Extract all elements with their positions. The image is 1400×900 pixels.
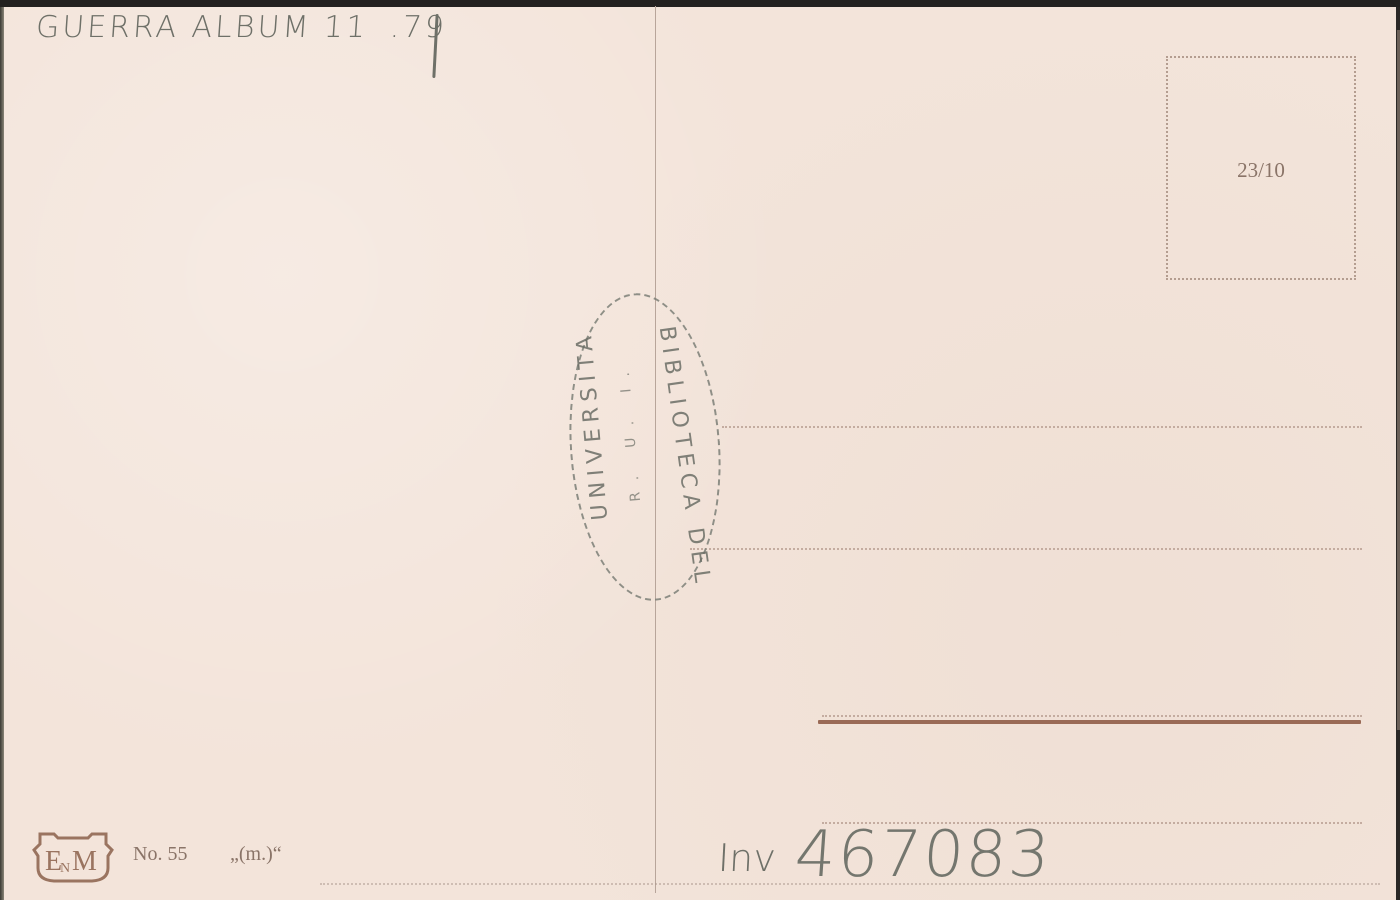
- publisher-code: „(m.)“: [230, 843, 282, 866]
- address-line-2: [690, 548, 1362, 550]
- stamp-box-label: 23/10: [1168, 158, 1354, 183]
- handwritten-album-note: GUERRA ALBUM 11.79: [35, 10, 448, 45]
- postage-stamp-box: 23/10: [1166, 56, 1356, 280]
- publisher-number: No. 55: [133, 843, 187, 866]
- publisher-logo-icon: E N M: [32, 828, 114, 884]
- scanner-top-edge: [0, 0, 1400, 7]
- bottom-faint-print-line: [320, 883, 1380, 885]
- album-note-text: GUERRA ALBUM 11: [35, 10, 370, 45]
- svg-text:M: M: [72, 846, 97, 877]
- address-line-3: [822, 715, 1362, 717]
- address-line-solid: [818, 720, 1361, 724]
- inventory-label: Inv: [717, 836, 777, 880]
- svg-text:N: N: [60, 861, 70, 876]
- inventory-number: 467083: [792, 818, 1053, 892]
- album-note-suffix: .79: [389, 10, 448, 45]
- address-line-1: [722, 426, 1362, 428]
